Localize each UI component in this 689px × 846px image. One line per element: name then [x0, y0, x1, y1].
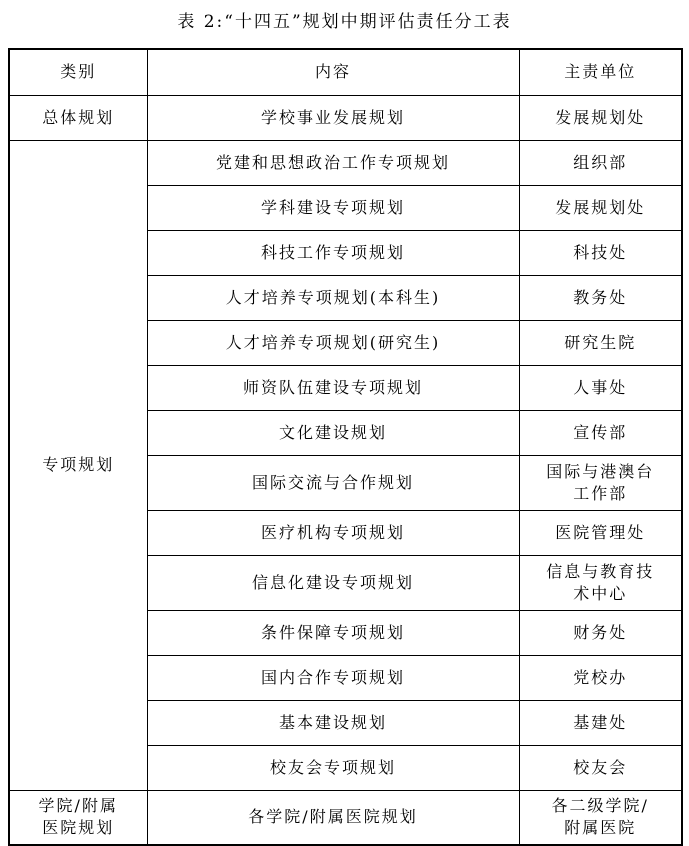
cell-unit: 医院管理处: [519, 510, 682, 555]
page-title: 表 2:“十四五”规划中期评估责任分工表: [0, 9, 689, 35]
header-category: 类别: [9, 49, 147, 95]
header-content: 内容: [147, 49, 519, 95]
cell-content: 各学院/附属医院规划: [147, 790, 519, 845]
cell-category-special: 专项规划: [9, 140, 147, 790]
responsibility-table: 类别 内容 主责单位 总体规划 学校事业发展规划 发展规划处 专项规划 党建和思…: [8, 48, 683, 846]
cell-unit: 各二级学院/ 附属医院: [519, 790, 682, 845]
cell-content: 条件保障专项规划: [147, 610, 519, 655]
cell-content: 国际交流与合作规划: [147, 455, 519, 510]
table-header-row: 类别 内容 主责单位: [9, 49, 682, 95]
table-row: 总体规划 学校事业发展规划 发展规划处: [9, 95, 682, 140]
cell-content: 师资队伍建设专项规划: [147, 365, 519, 410]
cell-unit: 基建处: [519, 700, 682, 745]
cell-content: 校友会专项规划: [147, 745, 519, 790]
cell-unit: 国际与港澳台 工作部: [519, 455, 682, 510]
cell-content: 人才培养专项规划(本科生): [147, 275, 519, 320]
cell-unit: 科技处: [519, 230, 682, 275]
cell-content: 人才培养专项规划(研究生): [147, 320, 519, 365]
table-row: 专项规划 党建和思想政治工作专项规划 组织部: [9, 140, 682, 185]
cell-unit: 教务处: [519, 275, 682, 320]
cell-unit: 宣传部: [519, 410, 682, 455]
cell-content: 党建和思想政治工作专项规划: [147, 140, 519, 185]
cell-content: 文化建设规划: [147, 410, 519, 455]
cell-category-overall: 总体规划: [9, 95, 147, 140]
cell-category-college: 学院/附属 医院规划: [9, 790, 147, 845]
header-unit: 主责单位: [519, 49, 682, 95]
cell-unit: 发展规划处: [519, 185, 682, 230]
cell-content: 国内合作专项规划: [147, 655, 519, 700]
cell-unit: 研究生院: [519, 320, 682, 365]
cell-content: 信息化建设专项规划: [147, 555, 519, 610]
cell-content: 医疗机构专项规划: [147, 510, 519, 555]
cell-unit: 组织部: [519, 140, 682, 185]
cell-unit: 人事处: [519, 365, 682, 410]
table-row: 学院/附属 医院规划 各学院/附属医院规划 各二级学院/ 附属医院: [9, 790, 682, 845]
cell-content: 科技工作专项规划: [147, 230, 519, 275]
cell-content: 学校事业发展规划: [147, 95, 519, 140]
cell-unit: 党校办: [519, 655, 682, 700]
cell-unit: 发展规划处: [519, 95, 682, 140]
cell-unit: 校友会: [519, 745, 682, 790]
cell-unit: 财务处: [519, 610, 682, 655]
cell-content: 基本建设规划: [147, 700, 519, 745]
cell-content: 学科建设专项规划: [147, 185, 519, 230]
cell-unit: 信息与教育技 术中心: [519, 555, 682, 610]
